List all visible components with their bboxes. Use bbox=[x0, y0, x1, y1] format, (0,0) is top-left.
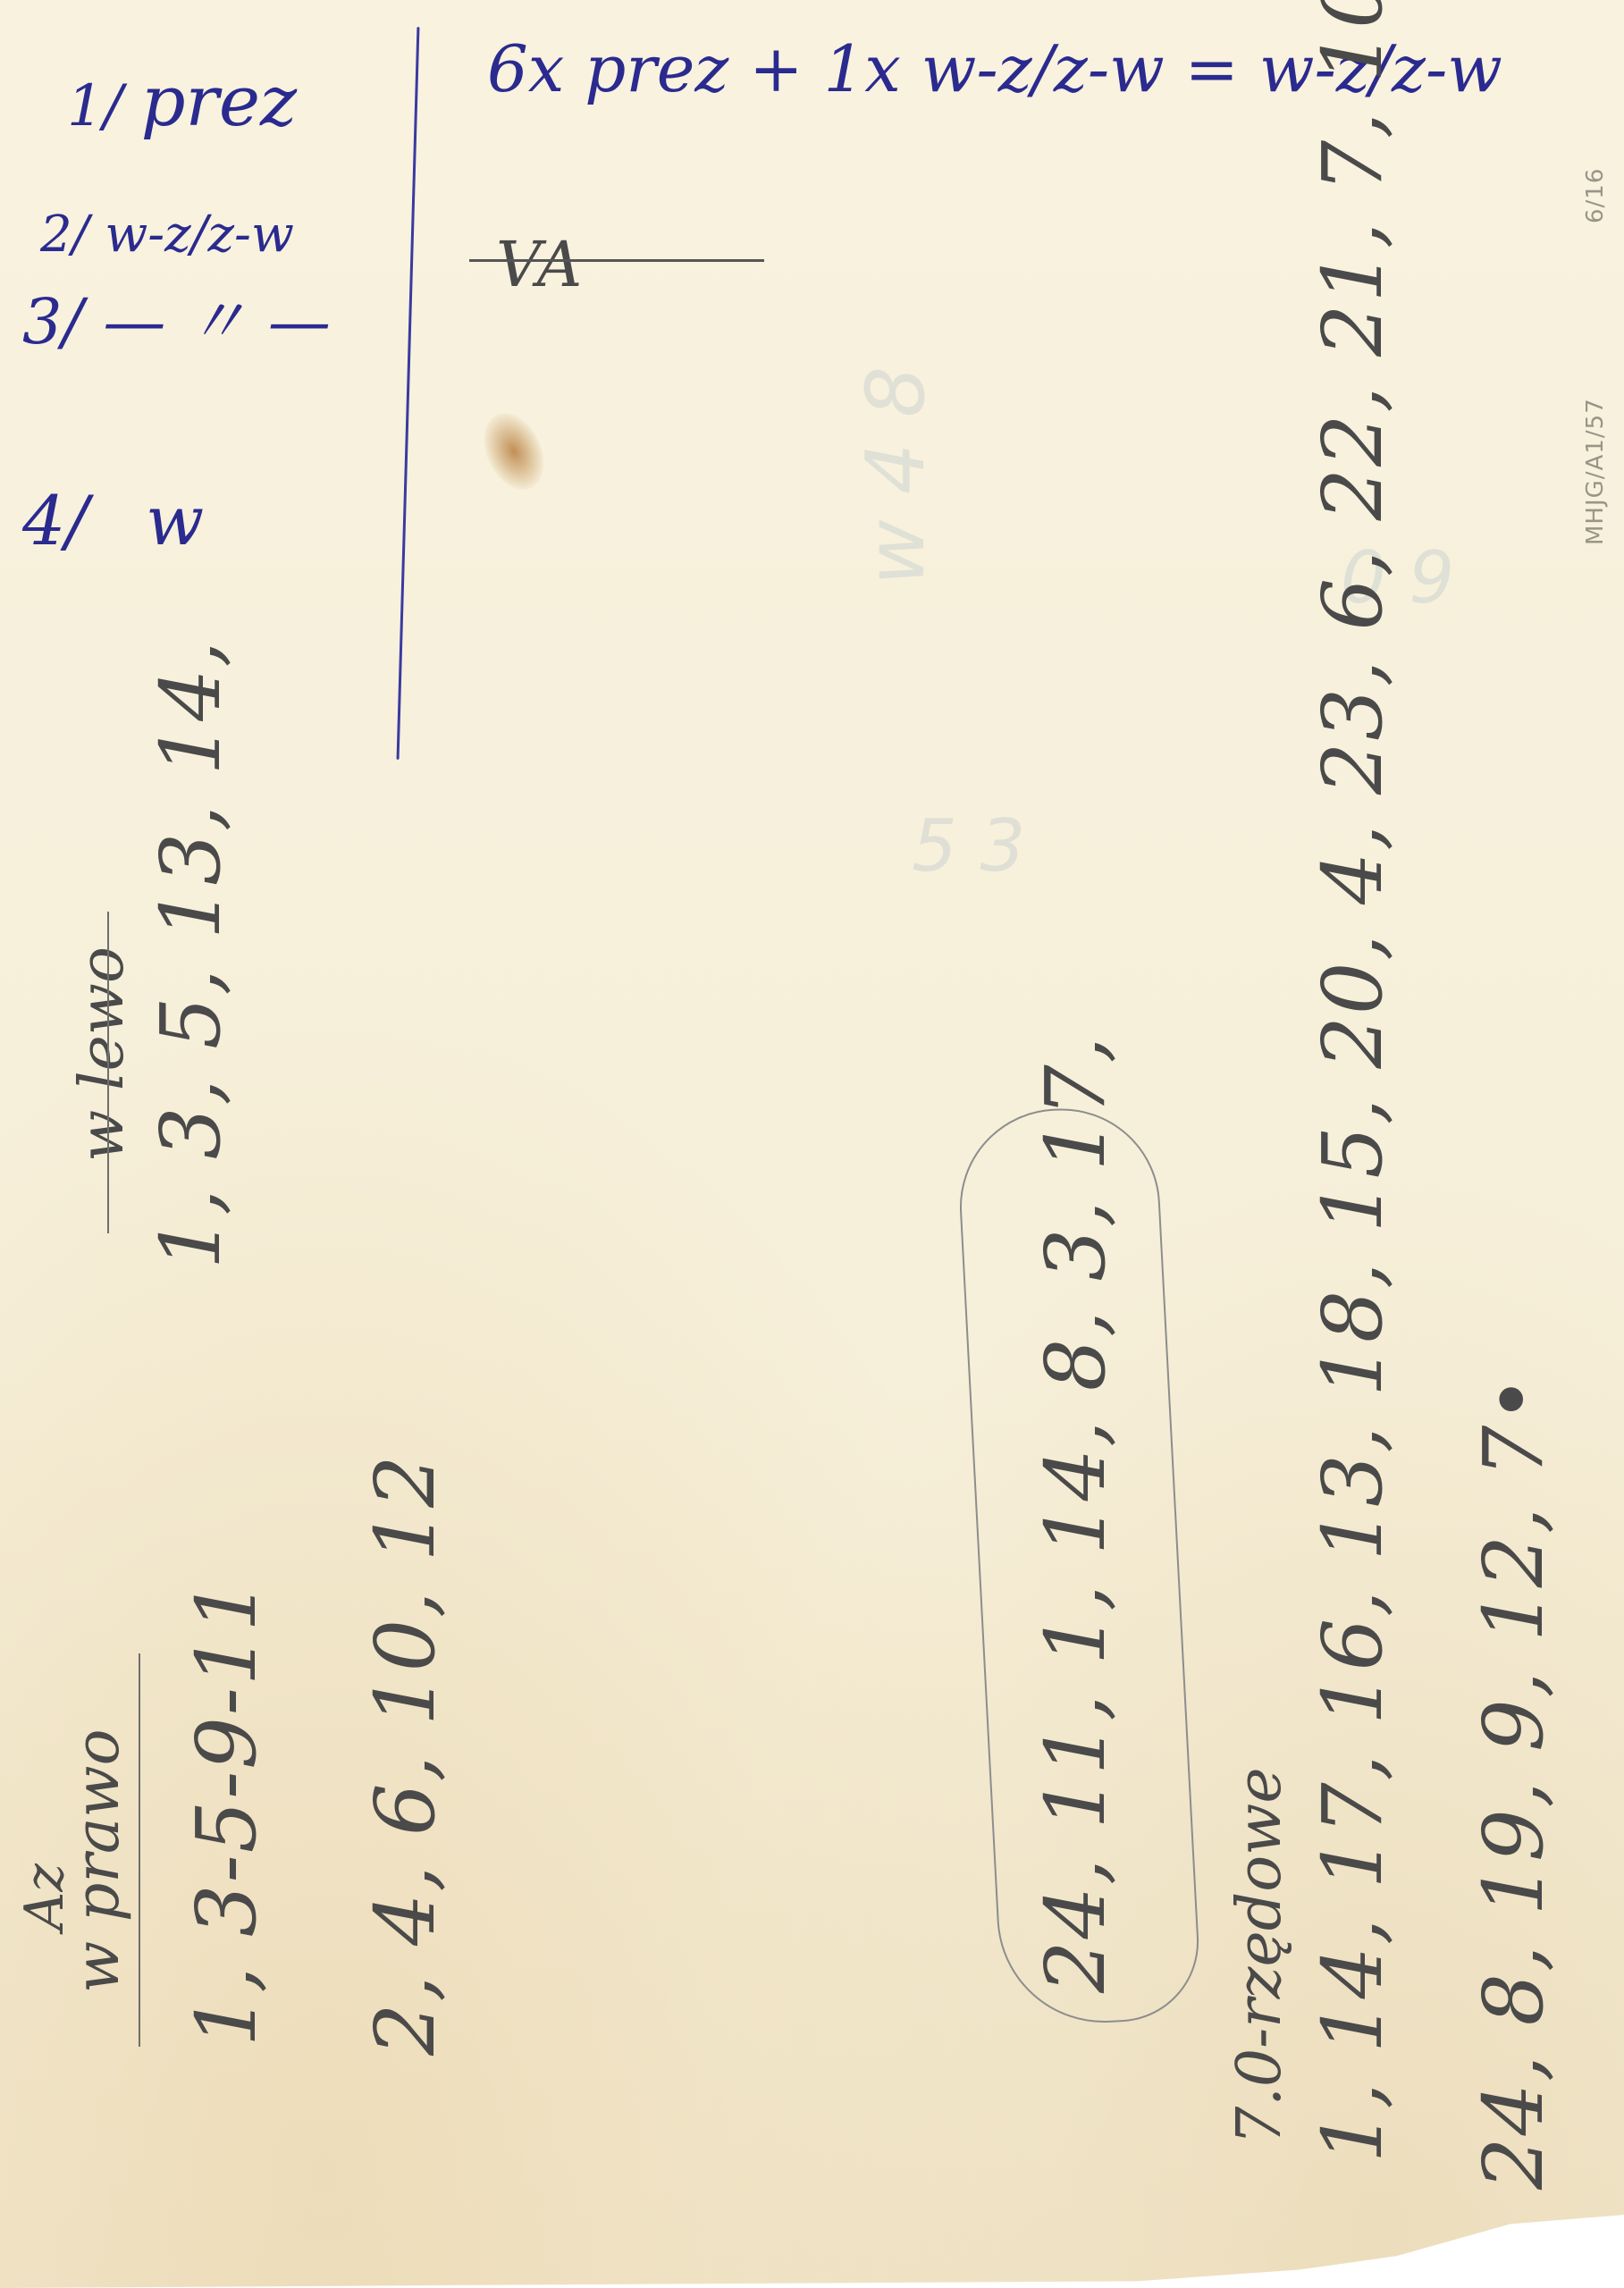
bleed-glyph: 3 bbox=[980, 804, 1025, 887]
heading-underline bbox=[107, 912, 109, 1233]
list-number: 2/ bbox=[40, 206, 89, 264]
bleed-glyph: 8 bbox=[849, 366, 943, 417]
archive-page-number: 6/16 bbox=[1582, 168, 1609, 223]
bleed-glyph: 5 bbox=[912, 804, 957, 887]
ink-list-item-1: 1/ prez bbox=[67, 67, 297, 137]
encircled-sequence: 24, 11, 1, 14, 8, 3, 17, bbox=[1028, 1035, 1123, 1993]
ink-list-item-2: 2/ w-z/z-w bbox=[40, 210, 294, 260]
struck-mark: VA bbox=[496, 228, 582, 301]
bleed-through-text: 5 3 bbox=[912, 804, 1025, 887]
list-text: w-z/z-w bbox=[105, 206, 294, 264]
ink-divider-line bbox=[397, 27, 420, 760]
archive-signature: MHJG/A1/57 bbox=[1582, 398, 1609, 545]
sequence-w-lewo: 1, 3, 5, 13, 14, bbox=[143, 639, 239, 1269]
ink-list-item-4: 4/ w bbox=[22, 487, 204, 555]
list-number: 3/ bbox=[22, 285, 83, 358]
sequence-rzedowe-row1: 1, 14, 17, 16, 13, 18, 15, 20, 4, 23, 6,… bbox=[1305, 0, 1401, 2163]
list-text: — 〃 — bbox=[103, 285, 331, 358]
sequence-w-prawo-row2: 2, 4, 6, 10, 12 bbox=[358, 1453, 453, 2056]
list-text: w bbox=[146, 481, 204, 560]
manuscript-page: w 4 8 5 3 0 9 1/ prez 2/ w-z/z-w 3/ — 〃 … bbox=[0, 0, 1624, 2288]
sequence-w-prawo-row1: 1, 3-5-9-11 bbox=[179, 1577, 274, 2047]
list-number: 4/ bbox=[22, 481, 88, 560]
strike-through-line bbox=[469, 259, 764, 262]
list-text: prez bbox=[141, 62, 297, 142]
heading-w-lewo: w lewo bbox=[67, 946, 138, 1162]
bleed-glyph: w bbox=[849, 520, 943, 586]
bleed-glyph: 9 bbox=[1409, 536, 1454, 619]
bleed-glyph: 4 bbox=[849, 443, 943, 494]
heading-underline bbox=[139, 1653, 140, 2047]
bleed-through-text: w 4 8 bbox=[849, 366, 943, 585]
heading-rzedowe: 7.0-rzędowe bbox=[1224, 1767, 1295, 2145]
list-number: 1/ bbox=[67, 73, 122, 139]
sequence-rzedowe-row2: 24, 8, 19, 9, 12, 7• bbox=[1466, 1373, 1561, 2190]
paper-stain bbox=[473, 404, 555, 500]
heading-w-prawo: w prawo bbox=[63, 1729, 133, 1993]
ink-list-item-3: 3/ — 〃 — bbox=[22, 290, 331, 353]
